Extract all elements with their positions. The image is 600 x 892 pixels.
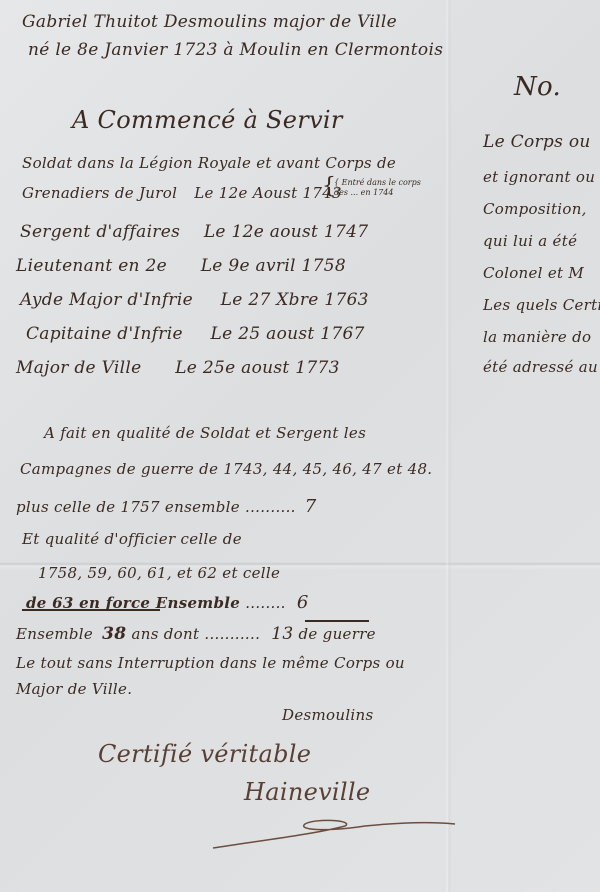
right-line-6: Les quels Certif: [483, 296, 600, 314]
right-line-2: et ignorant ou: [483, 168, 595, 186]
sum-rule-left: [22, 609, 160, 611]
margin-note: { Entré dans le corps des ... en 1744: [334, 178, 424, 198]
campaigns-line-2: Campagnes de guerre de 1743, 44, 45, 46,…: [20, 460, 432, 478]
summary-line-1: Ensemble 38 ans dont ........... 13 de g…: [16, 624, 376, 644]
right-line-4: qui lui a été: [483, 232, 577, 250]
summary-text: de guerre: [299, 625, 376, 643]
right-line-3: Composition,: [483, 200, 587, 218]
service-entry-6: Major de Ville Le 25e aoust 1773: [16, 358, 340, 378]
war-years: 13: [271, 624, 293, 644]
campaigns-line-5: 1758, 59, 60, 61, et 62 et celle: [38, 564, 280, 582]
rank-text: Capitaine d'Infrie: [26, 324, 183, 344]
date-text: Le 12e Aoust 1743: [194, 184, 342, 202]
signature-haineville: Haineville: [244, 778, 370, 806]
campaigns-total-officer: 6: [297, 592, 309, 613]
right-line-7: la manière do: [483, 328, 591, 346]
date-text: Le 27 Xbre 1763: [221, 290, 369, 310]
certification-text: Certifié véritable: [98, 740, 311, 768]
rank-text: Major de Ville: [16, 358, 141, 378]
number-heading: No.: [514, 72, 561, 102]
section-title: A Commencé à Servir: [72, 106, 343, 134]
campaigns-line-4: Et qualité d'officier celle de: [22, 530, 242, 548]
campaigns-line-1: A fait en qualité de Soldat et Sergent l…: [44, 424, 366, 442]
campaigns-line-3: plus celle de 1757 ensemble .......... 7: [16, 496, 317, 517]
rank-text: Ayde Major d'Infrie: [20, 290, 193, 310]
right-line-8: été adressé au: [483, 358, 598, 376]
signature-desmoulins: Desmoulins: [282, 706, 373, 724]
date-text: Le 9e avril 1758: [201, 256, 346, 276]
right-line-1: Le Corps ou: [483, 132, 591, 152]
rank-text: Sergent d'affaires: [20, 222, 180, 242]
header-line-name: Gabriel Thuitot Desmoulins major de Vill…: [22, 12, 397, 32]
right-line-5: Colonel et M: [483, 264, 584, 282]
summary-text: ans dont: [132, 625, 200, 643]
service-entry-5: Capitaine d'Infrie Le 25 aoust 1767: [26, 324, 365, 344]
summary-line-2: Le tout sans Interruption dans le même C…: [16, 654, 405, 672]
service-entry-3: Lieutenant en 2e Le 9e avril 1758: [16, 256, 346, 276]
date-text: Le 25e aoust 1773: [175, 358, 340, 378]
summary-line-3: Major de Ville.: [16, 680, 132, 698]
rank-text: Lieutenant en 2e: [16, 256, 167, 276]
header-line-birth: né le 8e Janvier 1723 à Moulin en Clermo…: [28, 40, 443, 60]
leader-dots: ........: [245, 594, 286, 612]
date-text: Le 25 aoust 1767: [211, 324, 365, 344]
campaigns-text: plus celle de 1757 ensemble: [16, 498, 240, 516]
summary-ensemble: Ensemble: [16, 625, 93, 643]
leader-dots: ...........: [204, 625, 260, 643]
date-text: Le 12e aoust 1747: [204, 222, 369, 242]
service-entry-4: Ayde Major d'Infrie Le 27 Xbre 1763: [20, 290, 369, 310]
sum-rule-right: [305, 620, 369, 622]
total-years: 38: [102, 624, 126, 644]
signature-flourish-icon: [205, 812, 465, 852]
leader-dots: ..........: [245, 498, 296, 516]
campaigns-total-soldier: 7: [305, 496, 317, 517]
service-entry-2: Sergent d'affaires Le 12e aoust 1747: [20, 222, 368, 242]
